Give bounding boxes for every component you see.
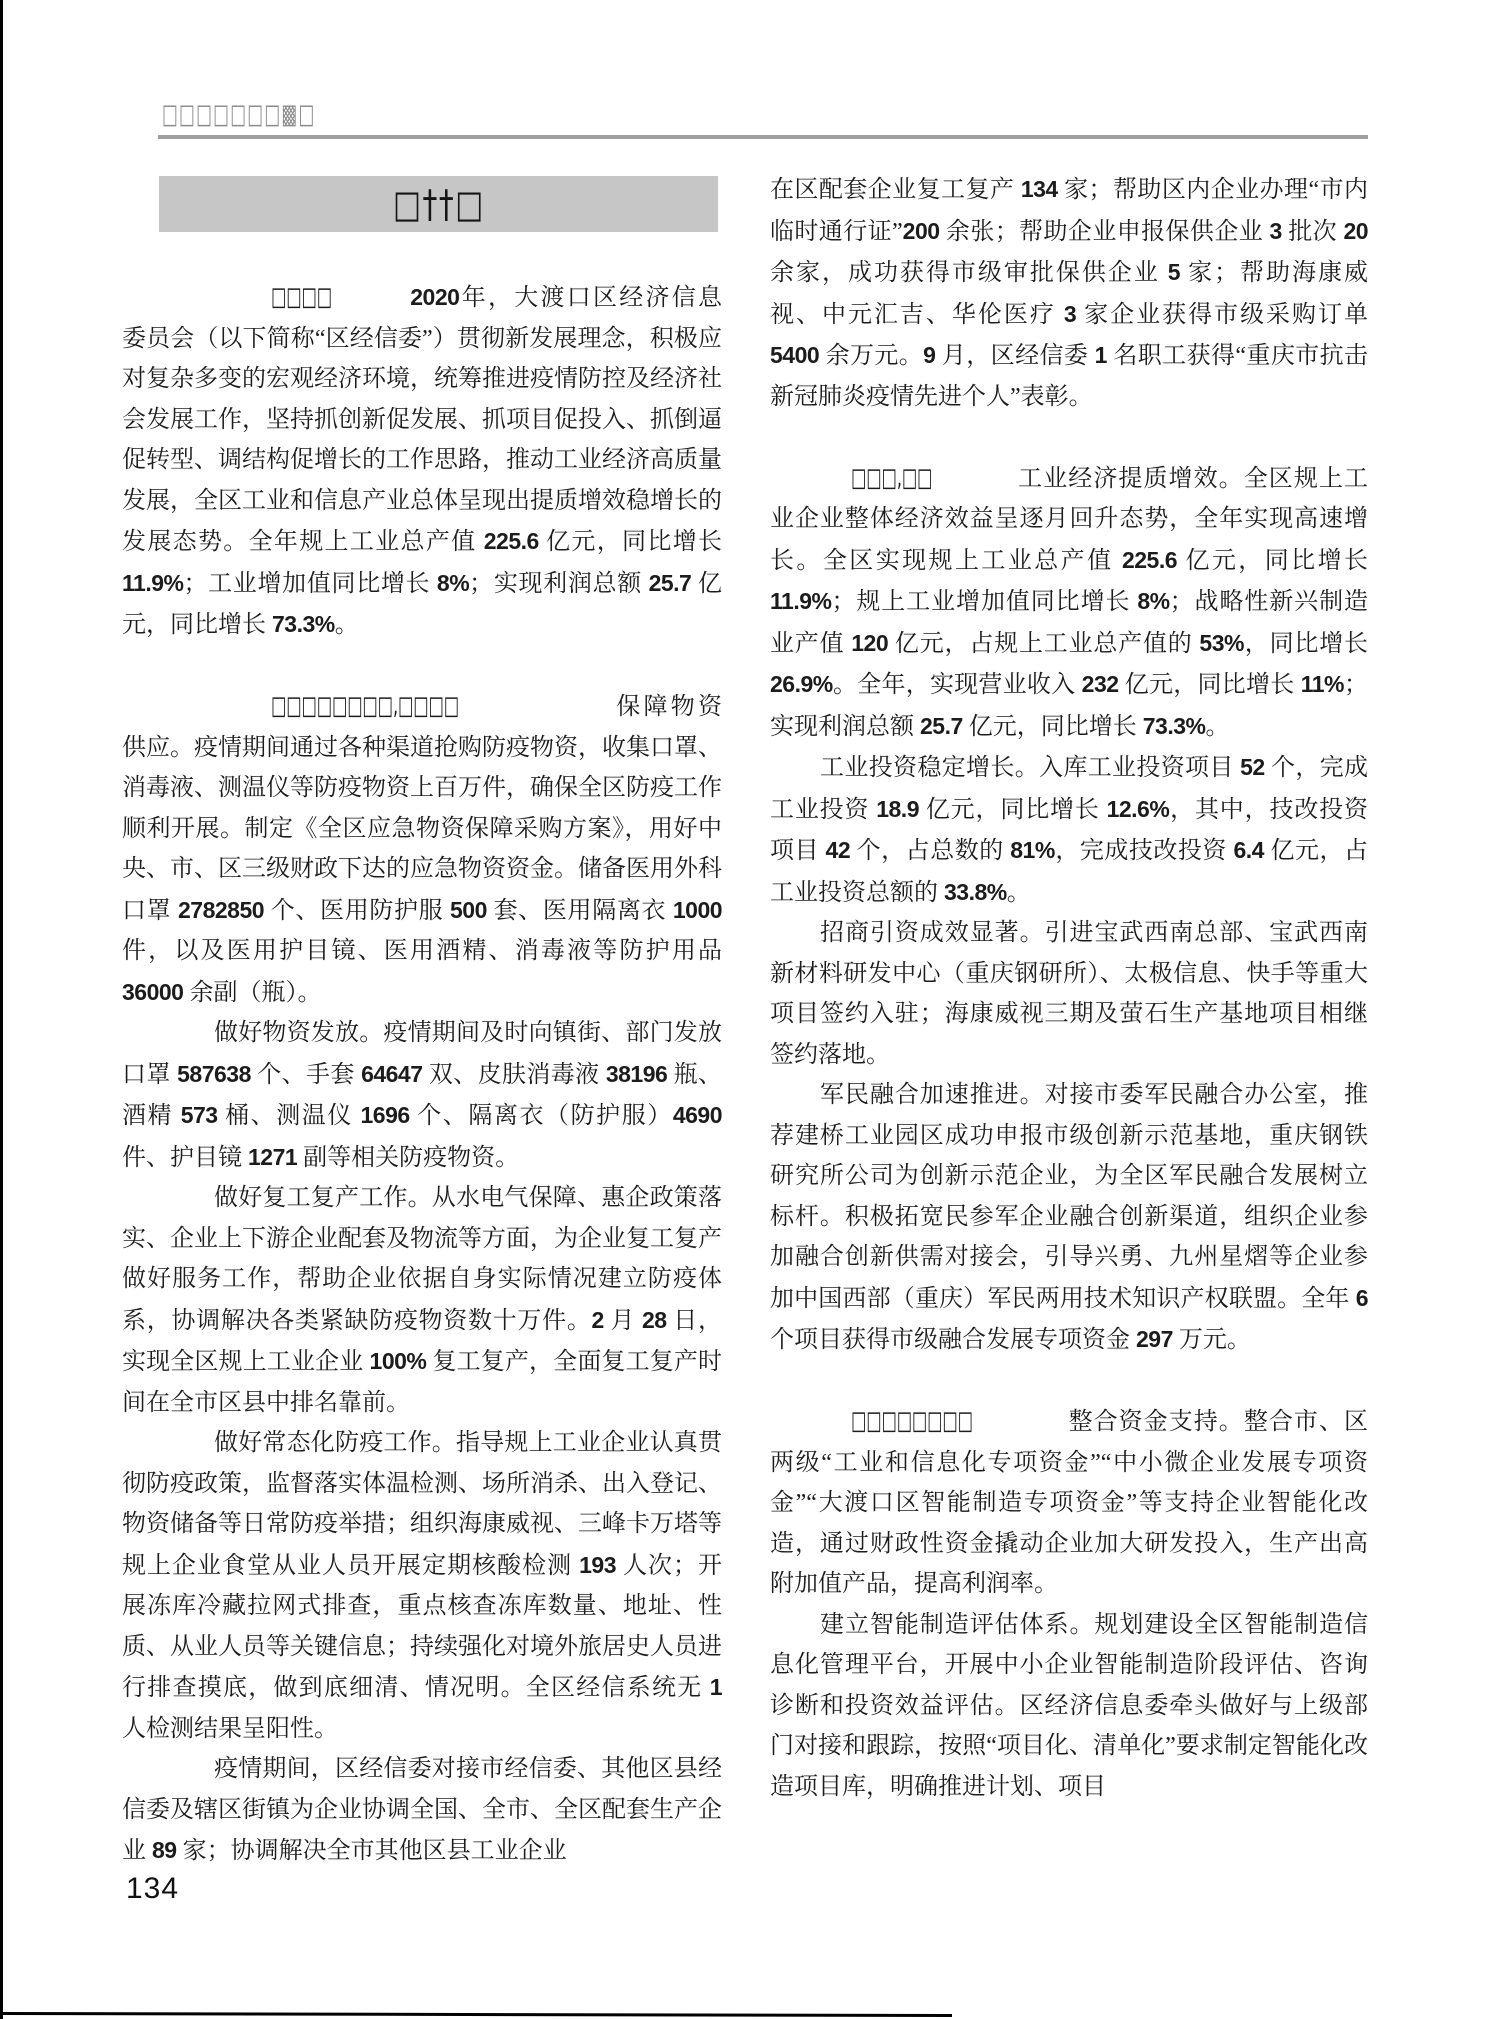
numeral: 9 [923, 342, 935, 368]
text-run: 招商引资成效显著。引进宝武西南总部、宝武西南新材料研发中心（重庆钢研所）、太极信… [770, 920, 1368, 1068]
numeral: 200 [903, 218, 940, 244]
text-run: 年，大渡口区经济信息委员会（以下简称“区经信委”）贯彻新发展理念，积极应对复杂多… [122, 285, 722, 555]
text-run: ；规上工业增加值同比增长 [831, 589, 1137, 615]
section-heading-tofu: □□□□ [214, 277, 332, 318]
text-run: 。 [1205, 714, 1229, 740]
text-run: 个，占总数的 [850, 838, 1010, 864]
numeral: 6.4 [1233, 837, 1263, 863]
section-heading-tofu: □□□□□□□□ [820, 1401, 973, 1442]
numeral: 8% [1137, 588, 1169, 614]
numeral: 2020 [410, 284, 459, 310]
numeral: 1000 [673, 897, 722, 923]
section-paragraph: □□□□□□□□‚□□□□保障物资供应。疫情期间通过各种渠道抢购防疫物资，收集口… [122, 686, 722, 1013]
text-run: ；工业增加值同比增长 [183, 571, 436, 597]
numeral: 1271 [248, 1144, 297, 1170]
numeral: 120 [851, 630, 888, 656]
text-run: 批次 [1282, 219, 1344, 245]
numeral: 81% [1010, 837, 1055, 863]
numeral: 11.9% [122, 570, 183, 596]
text-run: 副等相关防疫物资。 [297, 1145, 519, 1171]
paragraph: 做好常态化防疫工作。指导规上工业企业认真贯彻防疫政策，监督落实体温检测、场所消杀… [122, 1423, 722, 1749]
yearbook-page: □□□□□□□▩□ □††□ □□□□2020年，大渡口区经济信息委员会（以下简… [0, 0, 1488, 2019]
section-paragraph: □□□□□□□□整合资金支持。整合市、区两级“工业和信息化专项资金”“中小微企业… [770, 1401, 1368, 1605]
numeral: 134 [1021, 176, 1058, 202]
numeral: 12.6% [1107, 796, 1170, 822]
text-run: 工业投资稳定增长。入库工业投资项目 [820, 755, 1240, 781]
right-text-column: 在区配套企业复工复产 134 家；帮助区内企业办理“市内临时通行证”200 余张… [770, 169, 1368, 1807]
numeral: 3 [1064, 301, 1076, 327]
section-paragraph: □□□‚□□工业经济提质增效。全区规上工业企业整体经济效益呈逐月回升态势，全年实… [770, 458, 1368, 748]
text-run: 月，区经信委 [935, 343, 1094, 369]
numeral: 193 [579, 1552, 616, 1578]
numeral: 232 [1082, 671, 1119, 697]
text-run: 件，以及医用护目镜、医用酒精、消毒液等防护用品 [122, 938, 722, 964]
numeral: 52 [1240, 754, 1265, 780]
text-run: 月 [604, 1308, 642, 1334]
text-run: 个、隔离衣（防护服） [410, 1103, 673, 1129]
numeral: 89 [152, 1837, 177, 1863]
text-run: 军民融合加速推进。对接市委军民融合办公室，推荐建桥工业园区成功申报市级创新示范基… [770, 1082, 1368, 1312]
text-run: 亿元，同比增长 [539, 529, 722, 555]
text-run: ；实现利润总额 [469, 571, 648, 597]
text-run: ，完成技改投资 [1055, 838, 1234, 864]
header-rule [158, 135, 1368, 139]
text-run: 亿元，同比增长 [1177, 548, 1368, 574]
text-run: 余万元。 [819, 343, 923, 369]
numeral: 25.7 [649, 570, 692, 596]
text-run: 个项目获得市级融合发展专项资金 [770, 1327, 1136, 1353]
text-run: 件、护目镜 [122, 1145, 248, 1171]
numeral: 100% [370, 1348, 427, 1374]
text-run: 。全年，实现营业收入 [833, 672, 1082, 698]
text-run: 家；协调解决全市其他区县工业企业 [177, 1838, 567, 1864]
paragraph: 做好物资发放。疫情期间及时向镇街、部门发放口罩 587638 个、手套 6464… [122, 1013, 722, 1178]
scan-edge-left [0, 0, 3, 2019]
paragraph: 在区配套企业复工复产 134 家；帮助区内企业办理“市内临时通行证”200 余张… [770, 169, 1368, 417]
numeral: 33.8% [944, 879, 1007, 905]
heading-gap [1001, 485, 1017, 486]
section-paragraph: □□□□2020年，大渡口区经济信息委员会（以下简称“区经信委”）贯彻新发展理念… [122, 277, 722, 646]
text-run: 个、手套 [251, 1062, 361, 1088]
text-run: ，同比增长 [1244, 631, 1368, 657]
numeral: 5 [1168, 259, 1180, 285]
section-banner: □††□ [159, 176, 718, 232]
text-run: 个、医用防护服 [264, 898, 450, 924]
numeral: 587638 [177, 1061, 251, 1087]
text-run: 余张；帮助企业申报保供企业 [940, 219, 1270, 245]
numeral: 2 [592, 1307, 604, 1333]
numeral: 11% [1301, 671, 1344, 697]
paragraph: 工业投资稳定增长。入库工业投资项目 52 个，完成工业投资 18.9 亿元，同比… [770, 747, 1368, 913]
text-run: 。 [1007, 880, 1031, 906]
paragraph: 招商引资成效显著。引进宝武西南总部、宝武西南新材料研发中心（重庆钢研所）、太极信… [770, 913, 1368, 1075]
numeral: 225.6 [1122, 547, 1177, 573]
numeral: 2782850 [178, 897, 264, 923]
numeral: 297 [1136, 1326, 1173, 1352]
numeral: 73.3% [1143, 713, 1206, 739]
numeral: 500 [450, 897, 487, 923]
text-run: 余副（瓶）。 [183, 980, 321, 1006]
numeral: 20 [1343, 218, 1368, 244]
numeral: 225.6 [484, 528, 539, 554]
numeral: 25.7 [920, 713, 963, 739]
numeral: 64647 [361, 1061, 422, 1087]
numeral: 42 [826, 837, 851, 863]
text-run: 保障物资供应。疫情期间通过各种渠道抢购防疫物资，收集口罩、消毒液、测温仪等防疫物… [122, 694, 722, 924]
paragraph: 建立智能制造评估体系。规划建设全区智能制造信息化管理平台，开展中小企业智能制造阶… [770, 1605, 1368, 1808]
numeral: 573 [181, 1102, 218, 1128]
text-run: 余家，成功获得市级审批保供企业 [770, 260, 1168, 286]
scan-edge-bottom [0, 2012, 952, 2017]
page-number: 134 [126, 1872, 179, 1906]
text-run: 家企业获得市级采购订单 [1076, 302, 1368, 328]
section-banner-title-tofu: □††□ [393, 182, 485, 226]
left-text-column: □□□□2020年，大渡口区经济信息委员会（以下简称“区经信委”）贯彻新发展理念… [122, 277, 722, 1872]
numeral: 5400 [770, 342, 819, 368]
numeral: 4690 [673, 1102, 722, 1128]
numeral: 28 [642, 1307, 667, 1333]
section-heading-tofu: □□□□□□□□‚□□□□ [214, 686, 459, 727]
numeral: 6 [1356, 1285, 1368, 1311]
numeral: 1696 [361, 1102, 410, 1128]
numeral: 11.9% [770, 588, 831, 614]
text-run: 在区配套企业复工复产 [770, 177, 1021, 203]
text-run: 桶、测温仪 [218, 1103, 361, 1129]
section-heading-tofu: □□□‚□□ [820, 458, 932, 499]
numeral: 53% [1199, 630, 1244, 656]
text-run: 套、医用隔离衣 [487, 898, 673, 924]
paragraph: 疫情期间，区经信委对接市经信委、其他区县经信委及辖区街镇为企业协调全国、全市、全… [122, 1749, 722, 1872]
paragraph: 做好复工复产工作。从水电气保障、惠企政策落实、企业上下游企业配套及物流等方面，为… [122, 1178, 722, 1423]
numeral: 18.9 [876, 796, 919, 822]
text-run: 亿元，同比增长 [919, 797, 1107, 823]
text-run: 。 [335, 612, 359, 638]
text-run: 亿元，同比增长 [1119, 672, 1301, 698]
numeral: 8% [437, 570, 469, 596]
text-run: 双、皮肤消毒液 [423, 1062, 606, 1088]
numeral: 36000 [122, 979, 183, 1005]
numeral: 1 [710, 1674, 722, 1700]
text-run: 亿元，同比增长 [963, 714, 1143, 740]
numeral: 73.3% [272, 611, 335, 637]
numeral: 1 [1095, 342, 1107, 368]
text-run: 建立智能制造评估体系。规划建设全区智能制造信息化管理平台，开展中小企业智能制造阶… [770, 1612, 1368, 1800]
numeral: 3 [1270, 218, 1282, 244]
text-run: 万元。 [1173, 1327, 1251, 1353]
numeral: 26.9% [770, 671, 833, 697]
paragraph: 军民融合加速推进。对接市委军民融合办公室，推荐建桥工业园区成功申报市级创新示范基… [770, 1075, 1368, 1361]
numeral: 38196 [606, 1061, 667, 1087]
text-run: 亿元，占规上工业总产值的 [888, 631, 1199, 657]
running-head-tofu: □□□□□□□▩□ [162, 100, 316, 130]
text-run: 人检测结果呈阳性。 [122, 1716, 338, 1742]
